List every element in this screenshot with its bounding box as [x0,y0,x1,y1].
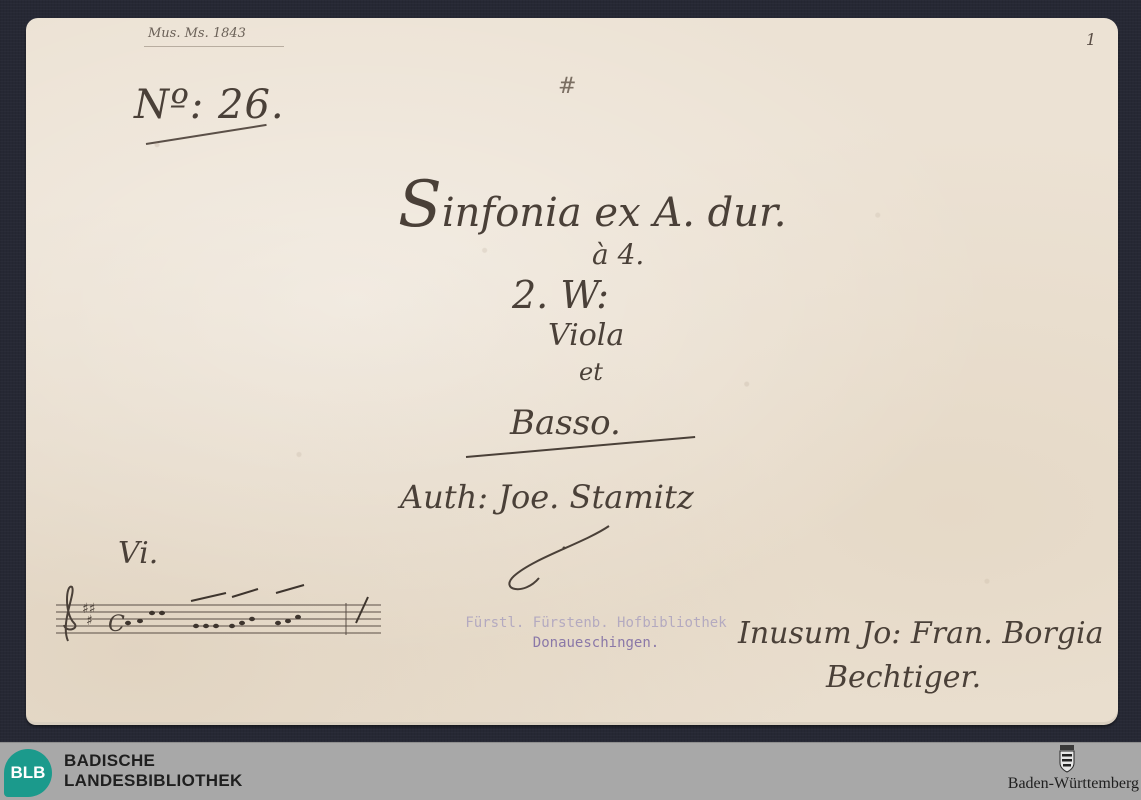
scoring-basso: Basso. [510,403,621,443]
stamp-line-1: Fürstl. Fürstenb. Hofbibliothek [446,613,746,633]
stamp-line-2: Donaueschingen. [446,633,746,653]
library-name-line-2: LANDESBIBLIOTHEK [64,771,243,791]
shelfmark-rule [144,46,284,47]
manuscript-page: Mus. Ms. 1843 Nº: 26. # 1 Sinfonia ex A.… [26,18,1118,722]
state-name[interactable]: Baden-Württemberg [1008,775,1139,793]
page-number: 1 [1086,30,1096,49]
scoring-a4: à 4. [592,238,644,271]
library-stamp: Fürstl. Fürstenb. Hofbibliothek Donauesc… [446,613,746,653]
owner-name: Bechtiger. [826,660,981,695]
library-name-line-1: BADISCHE [64,751,243,771]
scoring-violins: 2. W: [512,273,609,317]
sharp-mark: # [558,74,576,99]
scoring-et: et [579,358,603,386]
author-line: Auth: Joe. Stamitz [400,478,694,516]
blb-logo-icon[interactable]: BLB [4,749,52,797]
svg-text:♯: ♯ [86,613,93,629]
manuscript-number: Nº: 26. [134,82,285,128]
music-incipit-icon: ♯♯ ♯ C [46,583,386,643]
flourish-icon [494,518,624,598]
shelfmark: Mus. Ms. 1843 [148,26,246,41]
incipit-label: Vi. [118,536,158,571]
work-title: Sinfonia ex A. dur. [398,168,786,242]
owner-inscription: Inusum Jo: Fran. Borgia [738,616,1104,651]
library-name[interactable]: BADISCHE LANDESBIBLIOTHEK [64,751,243,791]
svg-text:C: C [108,612,125,637]
title-text: infonia ex A. dur. [442,190,787,236]
coat-of-arms-icon [1058,745,1076,773]
title-initial: S [398,168,442,242]
footer-bar: BLB BADISCHE LANDESBIBLIOTHEK Baden-Würt… [0,742,1141,800]
scoring-viola: Viola [548,318,624,353]
